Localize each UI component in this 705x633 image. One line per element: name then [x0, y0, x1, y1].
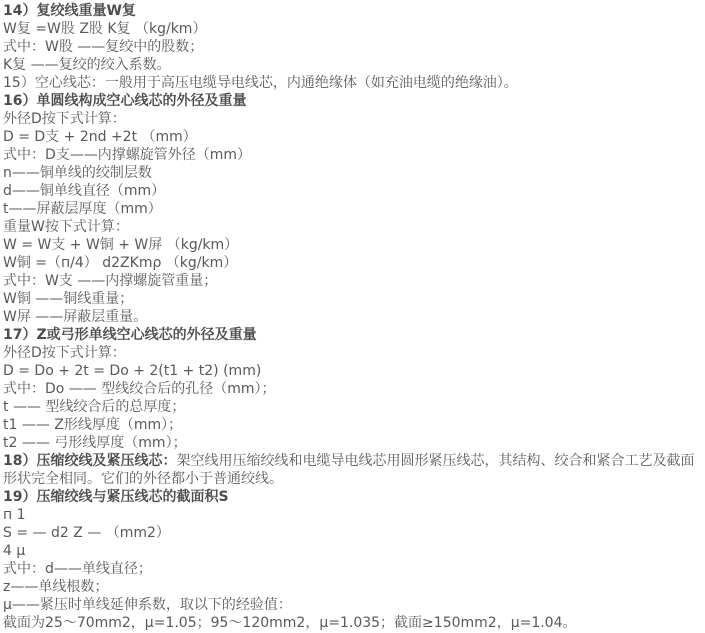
- heading-item-17: 17）Z或弓形单线空心线芯的外径及重量: [3, 326, 701, 344]
- text-line: K复 ——复绞的绞入系数。: [3, 56, 701, 74]
- text-line: µ——紧压时单线延伸系数，取以下的经验值：: [3, 596, 701, 614]
- text-line: z——单线根数；: [3, 578, 701, 596]
- text-line: 式中：W股 ——复绞中的股数；: [3, 38, 701, 56]
- text-line: t——屏蔽层厚度（mm）: [3, 200, 701, 218]
- text-line: 式中：W支 ——内撑螺旋管重量；: [3, 272, 701, 290]
- text-line: n——铜单线的绞制层数: [3, 164, 701, 182]
- formula-line: D = Do + 2t = Do + 2(t1 + t2) (mm): [3, 362, 701, 380]
- text-line: 式中：Do —— 型线绞合后的孔径（mm）；: [3, 380, 701, 398]
- text-line: 15）空心线芯：一般用于高压电缆导电线芯，内通绝缘体（如充油电缆的绝缘油）。: [3, 74, 701, 92]
- bold-run-in-heading: 18）压缩绞线及紧压线芯：: [3, 453, 176, 469]
- text-line: t1 —— Z形线厚度（mm）；: [3, 416, 701, 434]
- heading-item-16: 16）单圆线构成空心线芯的外径及重量: [3, 92, 701, 110]
- formula-line: W铜 =（п/4） d2ZKmρ （kg/km）: [3, 254, 701, 272]
- text-line: W铜 ——铜线重量；: [3, 290, 701, 308]
- text-line: 外径D按下式计算：: [3, 110, 701, 128]
- text-line: 截面为25～70mm2，µ=1.05；95～120mm2，µ=1.035；截面≥…: [3, 614, 701, 632]
- text-line: t2 —— 弓形线厚度（mm）；: [3, 434, 701, 452]
- text-item-18: 18）压缩绞线及紧压线芯：架空线用压缩绞线和电缆导电线芯用圆形紧压线芯，其结构、…: [3, 452, 701, 488]
- text-line: d——铜单线直径（mm）: [3, 182, 701, 200]
- text-line: 重量W按下式计算：: [3, 218, 701, 236]
- text-line: t —— 型线绞合后的总厚度；: [3, 398, 701, 416]
- text-line: 式中：D支——内撑螺旋管外径（mm）: [3, 146, 701, 164]
- heading-item-19: 19）压缩绞线与紧压线芯的截面积S: [3, 488, 701, 506]
- text-line: W屏 ——屏蔽层重量。: [3, 308, 701, 326]
- formula-line: W = W支 + W铜 + W屏 （kg/km）: [3, 236, 701, 254]
- formula-line: 4 µ: [3, 542, 701, 560]
- heading-item-14: 14）复绞线重量W复: [3, 2, 701, 20]
- formula-line: S = — d2 Z — （mm2）: [3, 524, 701, 542]
- formula-line: W复 =W股 Z股 K复 （kg/km）: [3, 20, 701, 38]
- formula-line: п 1: [3, 506, 701, 524]
- text-line: 外径D按下式计算：: [3, 344, 701, 362]
- formula-line: D = D支 + 2nd +2t （mm）: [3, 128, 701, 146]
- text-line: 式中：d——单线直径；: [3, 560, 701, 578]
- document-text: 14）复绞线重量W复W复 =W股 Z股 K复 （kg/km）式中：W股 ——复绞…: [3, 2, 701, 632]
